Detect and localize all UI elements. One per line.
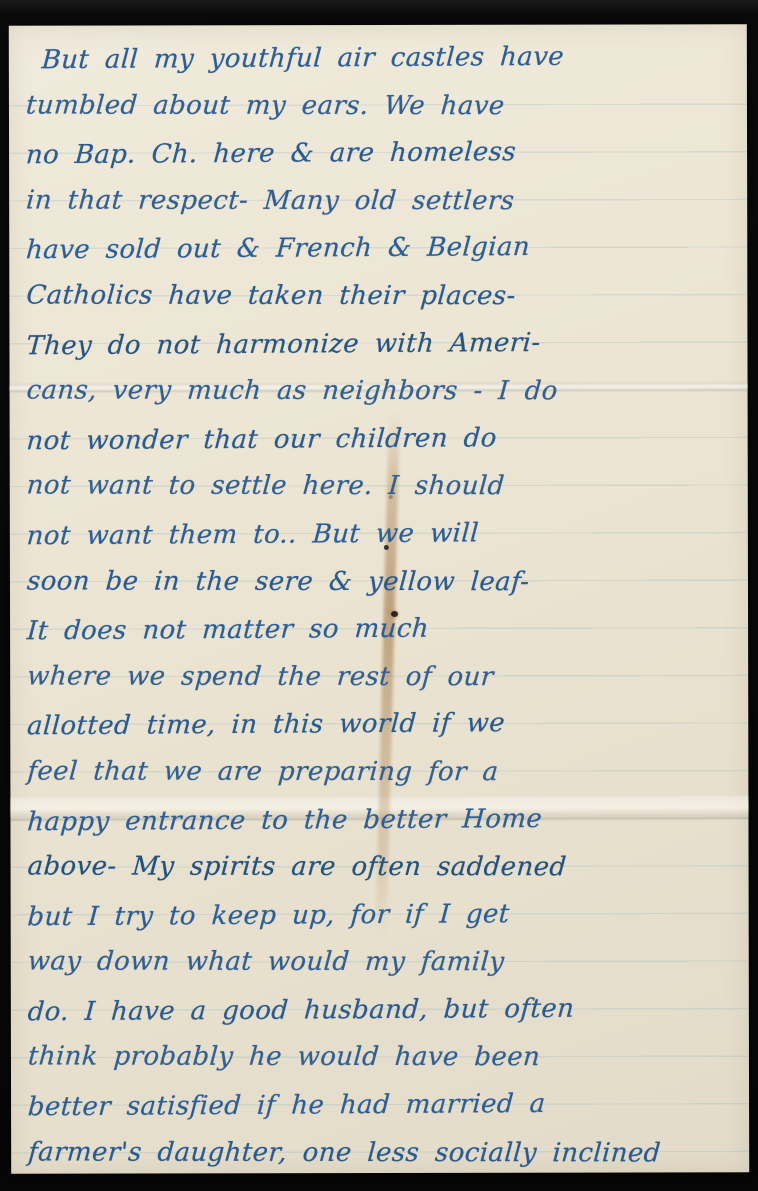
letter-line: have sold out & French & Belgian [25, 222, 741, 274]
letter-line: not want them to.. But we will [25, 508, 741, 560]
letter-line: Catholics have taken their places- [25, 271, 741, 320]
letter-line: not want to settle here. I should [25, 462, 741, 511]
letter-line: farmer's daughter, one less socially inc… [27, 1128, 743, 1177]
letter-lines: But all my youthful air castles havetumb… [9, 24, 749, 1174]
scan-background: { "colors": { "background": "#0a0a0a", "… [0, 0, 758, 1191]
letter-line: but I try to keep up, for if I get [26, 888, 742, 940]
letter-line: allotted time, in this world if we [26, 698, 742, 750]
letter-line: better satisfied if he had married a [26, 1079, 742, 1131]
letter-line: not wonder that our children do [25, 412, 741, 464]
letter-line: think probably he would have been [26, 1033, 742, 1082]
letter-line: cans, very much as neighbors - I do [25, 367, 741, 416]
letter-page: But all my youthful air castles havetumb… [9, 24, 749, 1174]
letter-line: above- My spirits are often saddened [26, 843, 742, 892]
letter-line: It does not matter so much [25, 603, 741, 655]
letter-line: no Bap. Ch. here & are homeless [24, 127, 740, 179]
letter-line: happy entrance to the better Home [26, 793, 742, 845]
letter-line: in that respect- Many old settlers [25, 176, 741, 225]
letter-line: where we spend the rest of our [26, 652, 742, 701]
letter-line: way down what would my family [26, 938, 742, 987]
letter-line: But all my youthful air castles have [24, 32, 740, 84]
letter-line: feel that we are preparing for a [26, 747, 742, 796]
letter-line: soon be in the sere & yellow leaf- [25, 557, 741, 606]
letter-line: tumbled about my ears. We have [24, 81, 740, 130]
letter-line: do. I have a good husband, but often [26, 984, 742, 1036]
letter-line: They do not harmonize with Ameri- [25, 317, 741, 369]
